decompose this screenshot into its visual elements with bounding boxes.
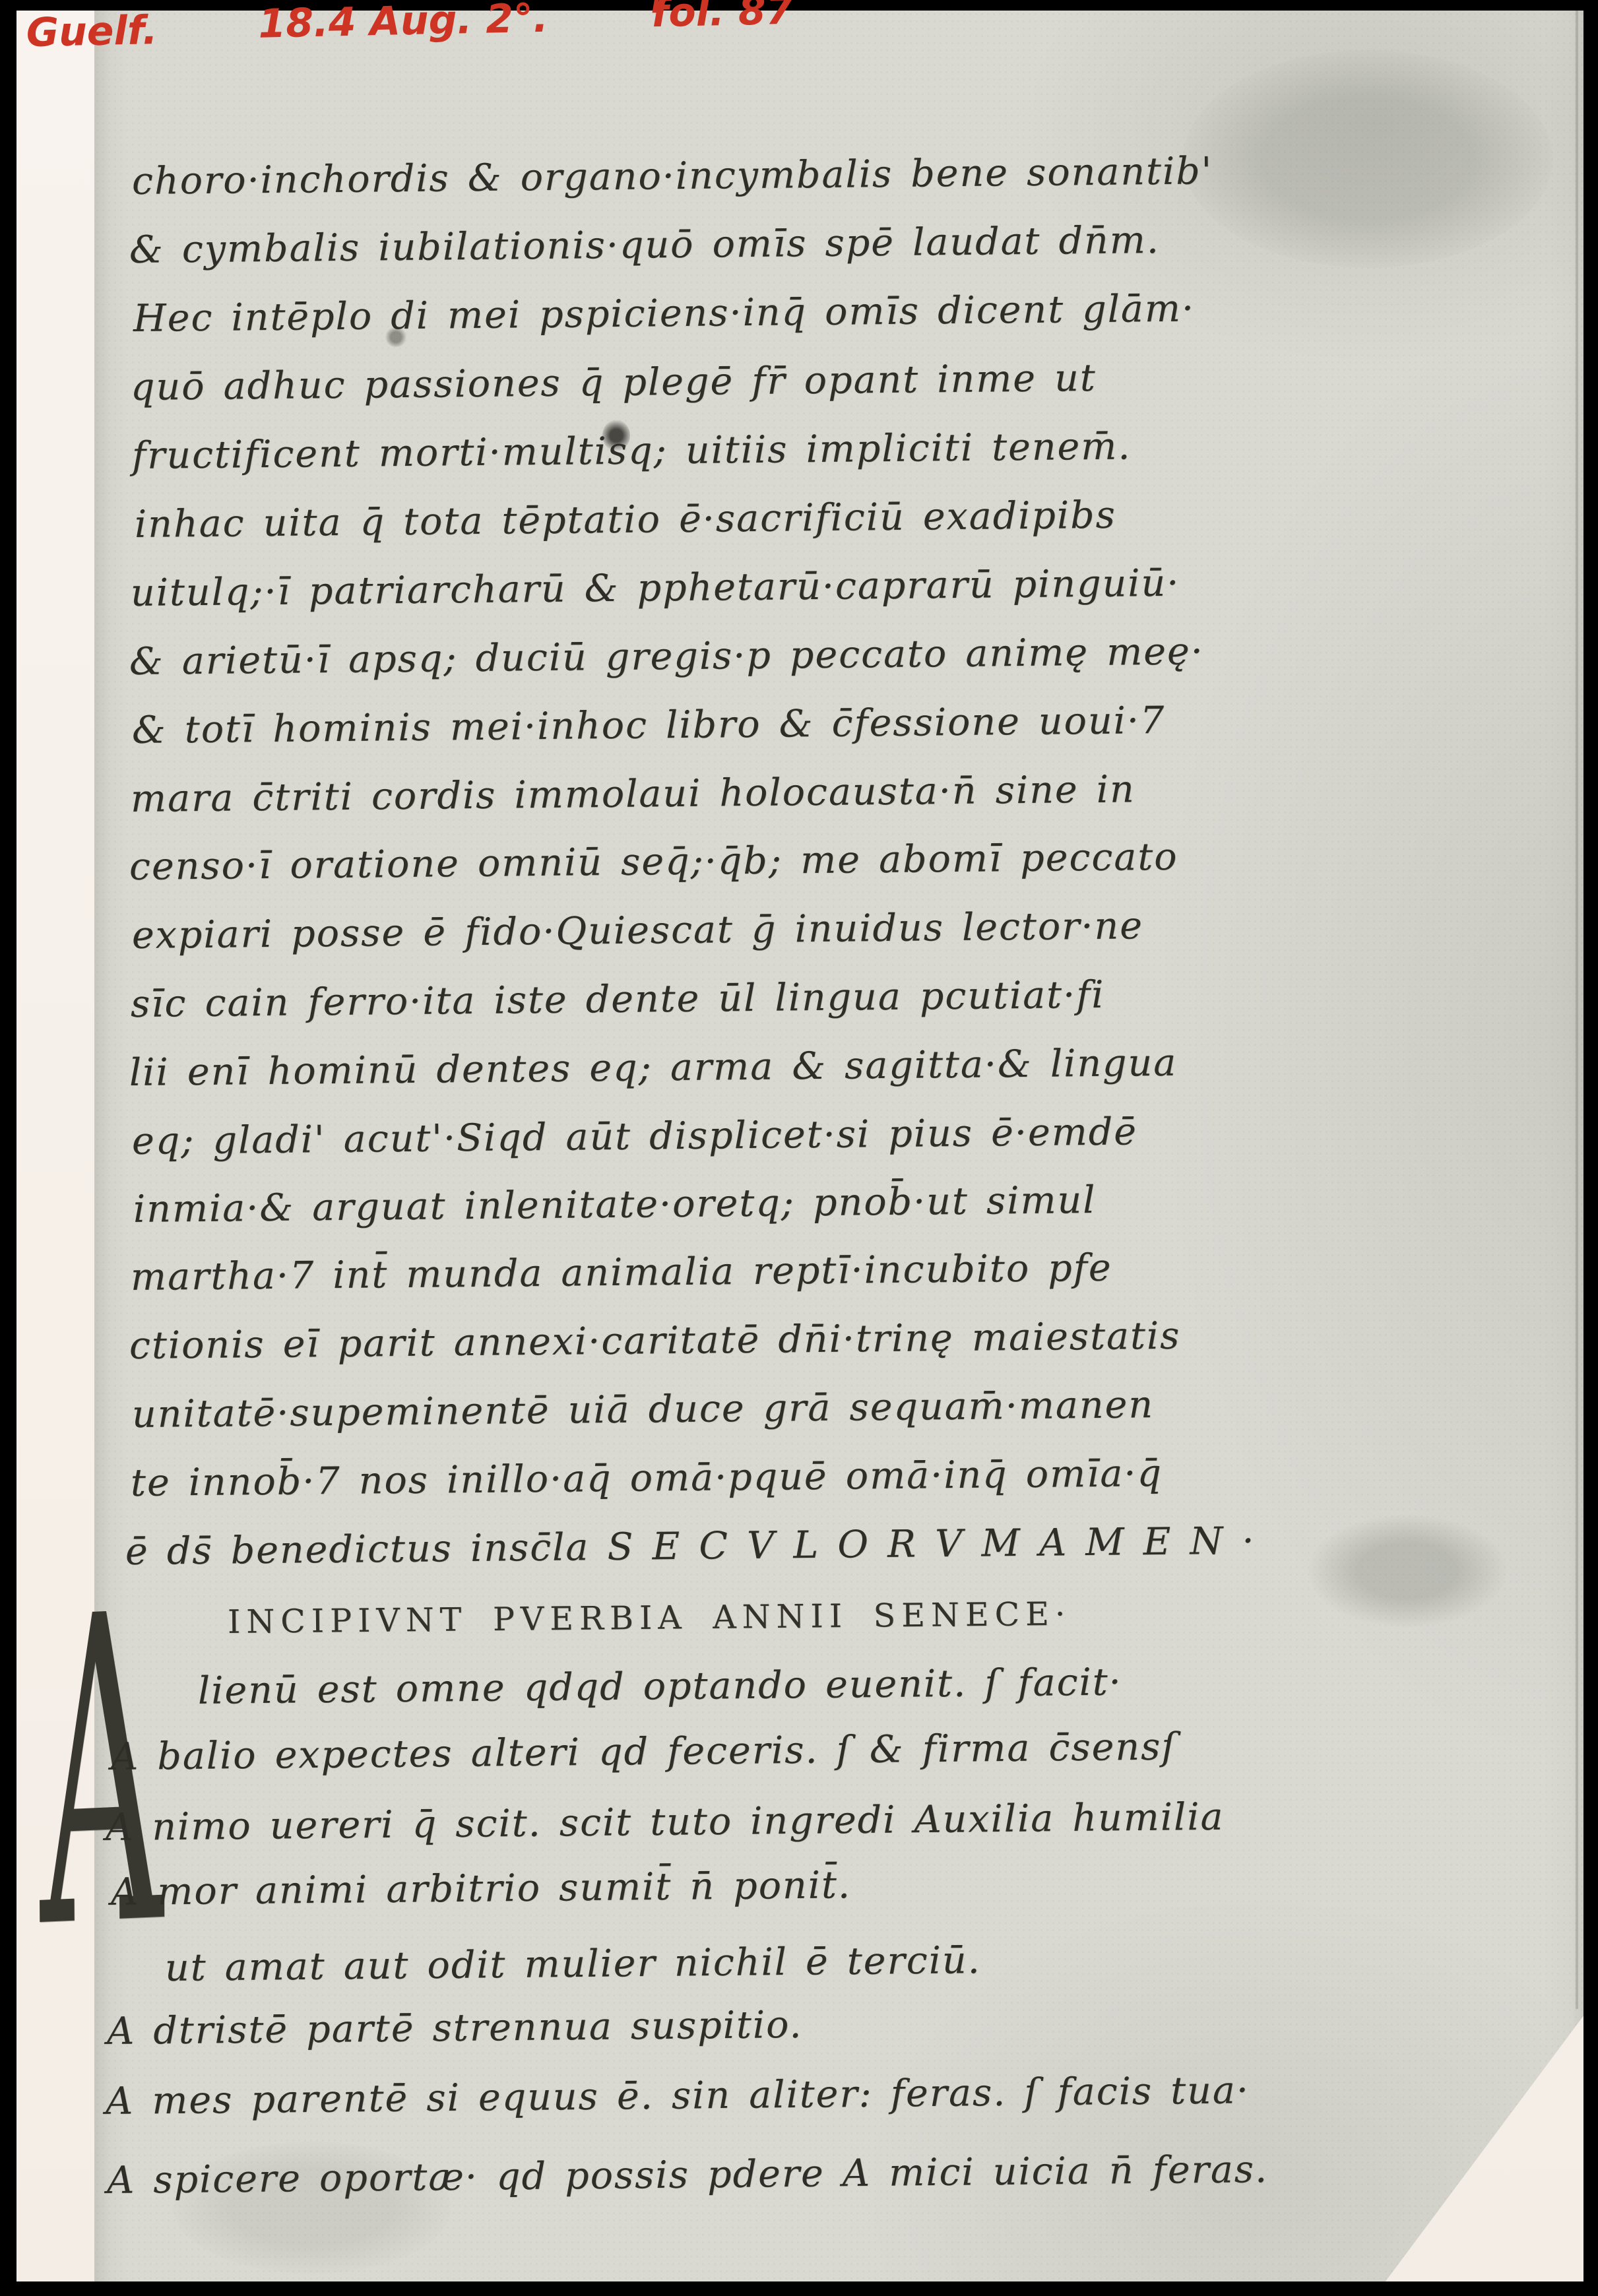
shelfmark-format: 18.4 Aug. 2°. [258, 0, 549, 48]
shelfmark-text: Guelf. [26, 7, 158, 56]
manuscript-line: inmia·& arguat inlenitate·oretq; pnob̄·u… [133, 1178, 1097, 1231]
stain [1308, 1515, 1506, 1627]
folio-number: fol. 87r [651, 0, 664, 36]
manuscript-photo: Guelf. 18.4 Aug. 2°. fol. 87r choro·inch… [0, 0, 1598, 2296]
manuscript-line: A mor animi arbitrio sumit̄ n̄ ponit̄. [111, 1863, 852, 1914]
manuscript-line: A dtristē partē strennua suspitio. [107, 2003, 803, 2053]
manuscript-line: quō adhuc passiones q̄ plegē fr̄ opant i… [131, 356, 1097, 409]
stain [1183, 50, 1552, 268]
manuscript-line: ut amat aut odit mulier nichil ē terciū. [165, 1938, 981, 1990]
folio-text: fol. 87 [651, 0, 794, 36]
manuscript-line: lienū est omne qdqd optando euenit. ſ fa… [198, 1661, 1122, 1713]
